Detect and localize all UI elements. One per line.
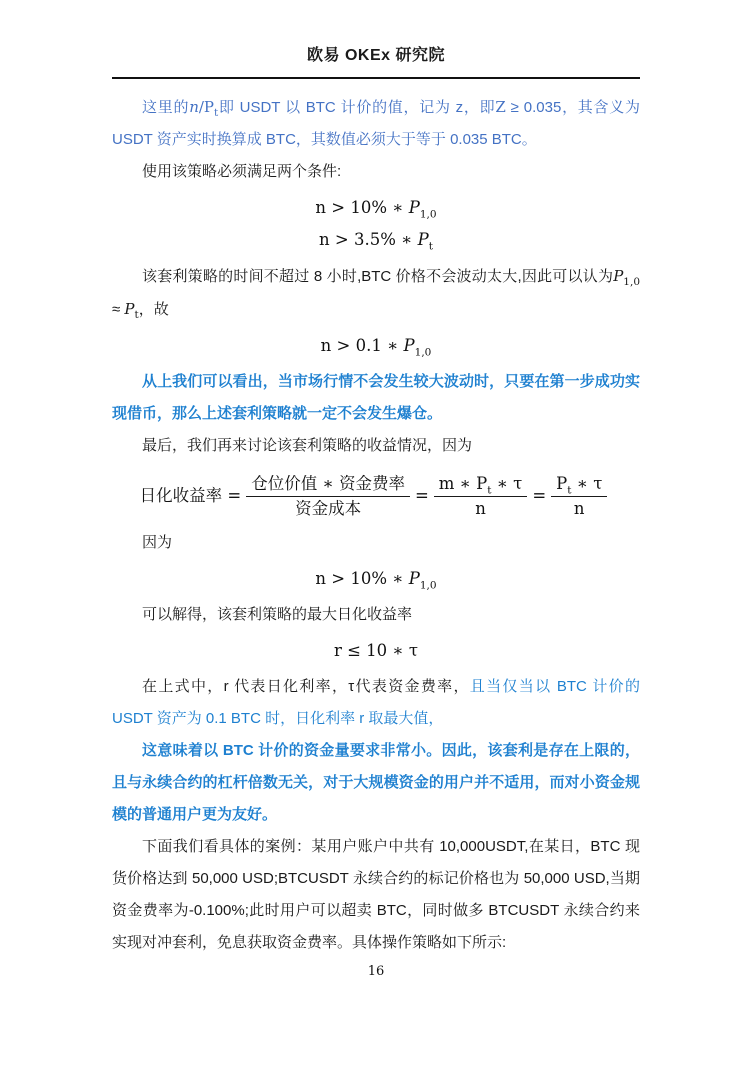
paragraph-conclusion-capital-limit: 这意味着以 BTC 计价的资金量要求非常小。因此，该套利是存在上限的，且与永续合… (112, 735, 640, 831)
math-var: P (409, 198, 420, 217)
page-number: 16 (0, 964, 752, 979)
formula-daily-yield: 日化收益率 =仓位价值 ∗ 资金费率资金成本=m ∗ Pt ∗ τn=Pt ∗ … (112, 472, 640, 521)
paragraph-case-example: 下面我们看具体的案例：某用户账户中共有 10,000USDT,在某日，BTC 现… (112, 831, 640, 959)
formula-text: n > 0.1 ∗ (321, 336, 404, 355)
text-run: ，故 (139, 301, 169, 318)
formula-max-rate: r ≤ 10 ∗ τ (112, 639, 640, 663)
formula-lhs: 日化收益率 = (140, 486, 242, 505)
math-var: P (418, 230, 429, 249)
paragraph-conclusion-no-liquidation: 从上我们可以看出，当市场行情不会发生较大波动时，只要在第一步成功实现借币，那么上… (112, 366, 640, 430)
formula-text: n > 10% ∗ (315, 198, 408, 217)
inline-math-pt: Pt (124, 300, 138, 318)
paragraph-rate-explanation: 在上式中，r 代表日化利率，τ代表资金费率，且当仅当以 BTC 计价的 USDT… (112, 671, 640, 735)
paragraph-definition: 这里的n/Pt即 USDT 以 BTC 计价的值，记为 z，即Z ≥ 0.035… (112, 91, 640, 156)
fraction-denominator: n (551, 497, 607, 521)
text-run: 该套利策略的时间不超过 8 小时,BTC 价格不会波动太大,因此可以认为 (142, 268, 613, 285)
formula-condition-1: n > 10% ∗ P1,0 (112, 196, 640, 220)
formula-text: n > 10% ∗ (315, 569, 408, 588)
math-text: ∗ τ (491, 474, 522, 493)
fraction-numerator: m ∗ Pt ∗ τ (434, 472, 528, 497)
math-subscript: 1,0 (420, 579, 437, 591)
equals-sign: = (532, 486, 546, 505)
paragraph-time-assumption: 该套利策略的时间不超过 8 小时,BTC 价格不会波动太大,因此可以认为P1,0… (112, 260, 640, 326)
formula-condition-2: n > 3.5% ∗ Pt (112, 228, 640, 252)
text-run: 在上式中，r 代表日化利率，τ代表资金费率， (142, 678, 470, 695)
fraction-denominator: n (434, 497, 528, 521)
fraction-m-pt-tau: m ∗ Pt ∗ τn (434, 472, 528, 521)
page-title: 欧易 OKEx 研究院 (112, 42, 640, 65)
paragraph-conditions-intro: 使用该策略必须满足两个条件: (112, 156, 640, 188)
math-subscript: 1,0 (415, 346, 432, 358)
math-subscript: 1,0 (420, 208, 437, 220)
math-var-z: Z (495, 98, 505, 116)
math-var: n (189, 98, 199, 116)
fraction-denominator: 资金成本 (246, 497, 410, 521)
math-text: P (556, 474, 567, 493)
math-subscript: 1,0 (623, 276, 640, 288)
paragraph-yield-intro: 最后，我们再来讨论该套利策略的收益情况，因为 (112, 430, 640, 462)
text-run: 即 USDT 以 BTC 计价的值，记为 z，即 (218, 99, 495, 116)
math-text: m ∗ P (439, 474, 487, 493)
formula-text: n > 3.5% ∗ (319, 230, 418, 249)
page-header: 欧易 OKEx 研究院 (112, 0, 640, 79)
math-var: P (404, 336, 415, 355)
fraction-position-value: 仓位价值 ∗ 资金费率资金成本 (246, 472, 410, 521)
formula-condition-repeat: n > 10% ∗ P1,0 (112, 567, 640, 591)
math-var: P (124, 300, 134, 318)
document-page: 欧易 OKEx 研究院 这里的n/Pt即 USDT 以 BTC 计价的值，记为 … (0, 0, 752, 1066)
math-var: P (613, 267, 623, 285)
paragraph-max-yield-intro: 可以解得，该套利策略的最大日化收益率 (112, 599, 640, 631)
math-text: ∗ τ (571, 474, 602, 493)
text-run: ≈ (112, 301, 124, 318)
inline-math-p10: P1,0 (613, 267, 640, 285)
math-var: P (409, 569, 420, 588)
formula-simplified-condition: n > 0.1 ∗ P1,0 (112, 334, 640, 358)
fraction-numerator: 仓位价值 ∗ 资金费率 (246, 472, 410, 497)
text-run: 这里的 (142, 99, 189, 116)
math-subscript: t (429, 240, 433, 252)
paragraph-because: 因为 (112, 527, 640, 559)
equals-sign: = (415, 486, 429, 505)
math-text: /P (199, 98, 214, 116)
fraction-pt-tau: Pt ∗ τn (551, 472, 607, 521)
page-content: 这里的n/Pt即 USDT 以 BTC 计价的值，记为 z，即Z ≥ 0.035… (112, 79, 640, 959)
inline-math-n-over-pt: n/Pt (189, 98, 218, 116)
fraction-numerator: Pt ∗ τ (551, 472, 607, 497)
